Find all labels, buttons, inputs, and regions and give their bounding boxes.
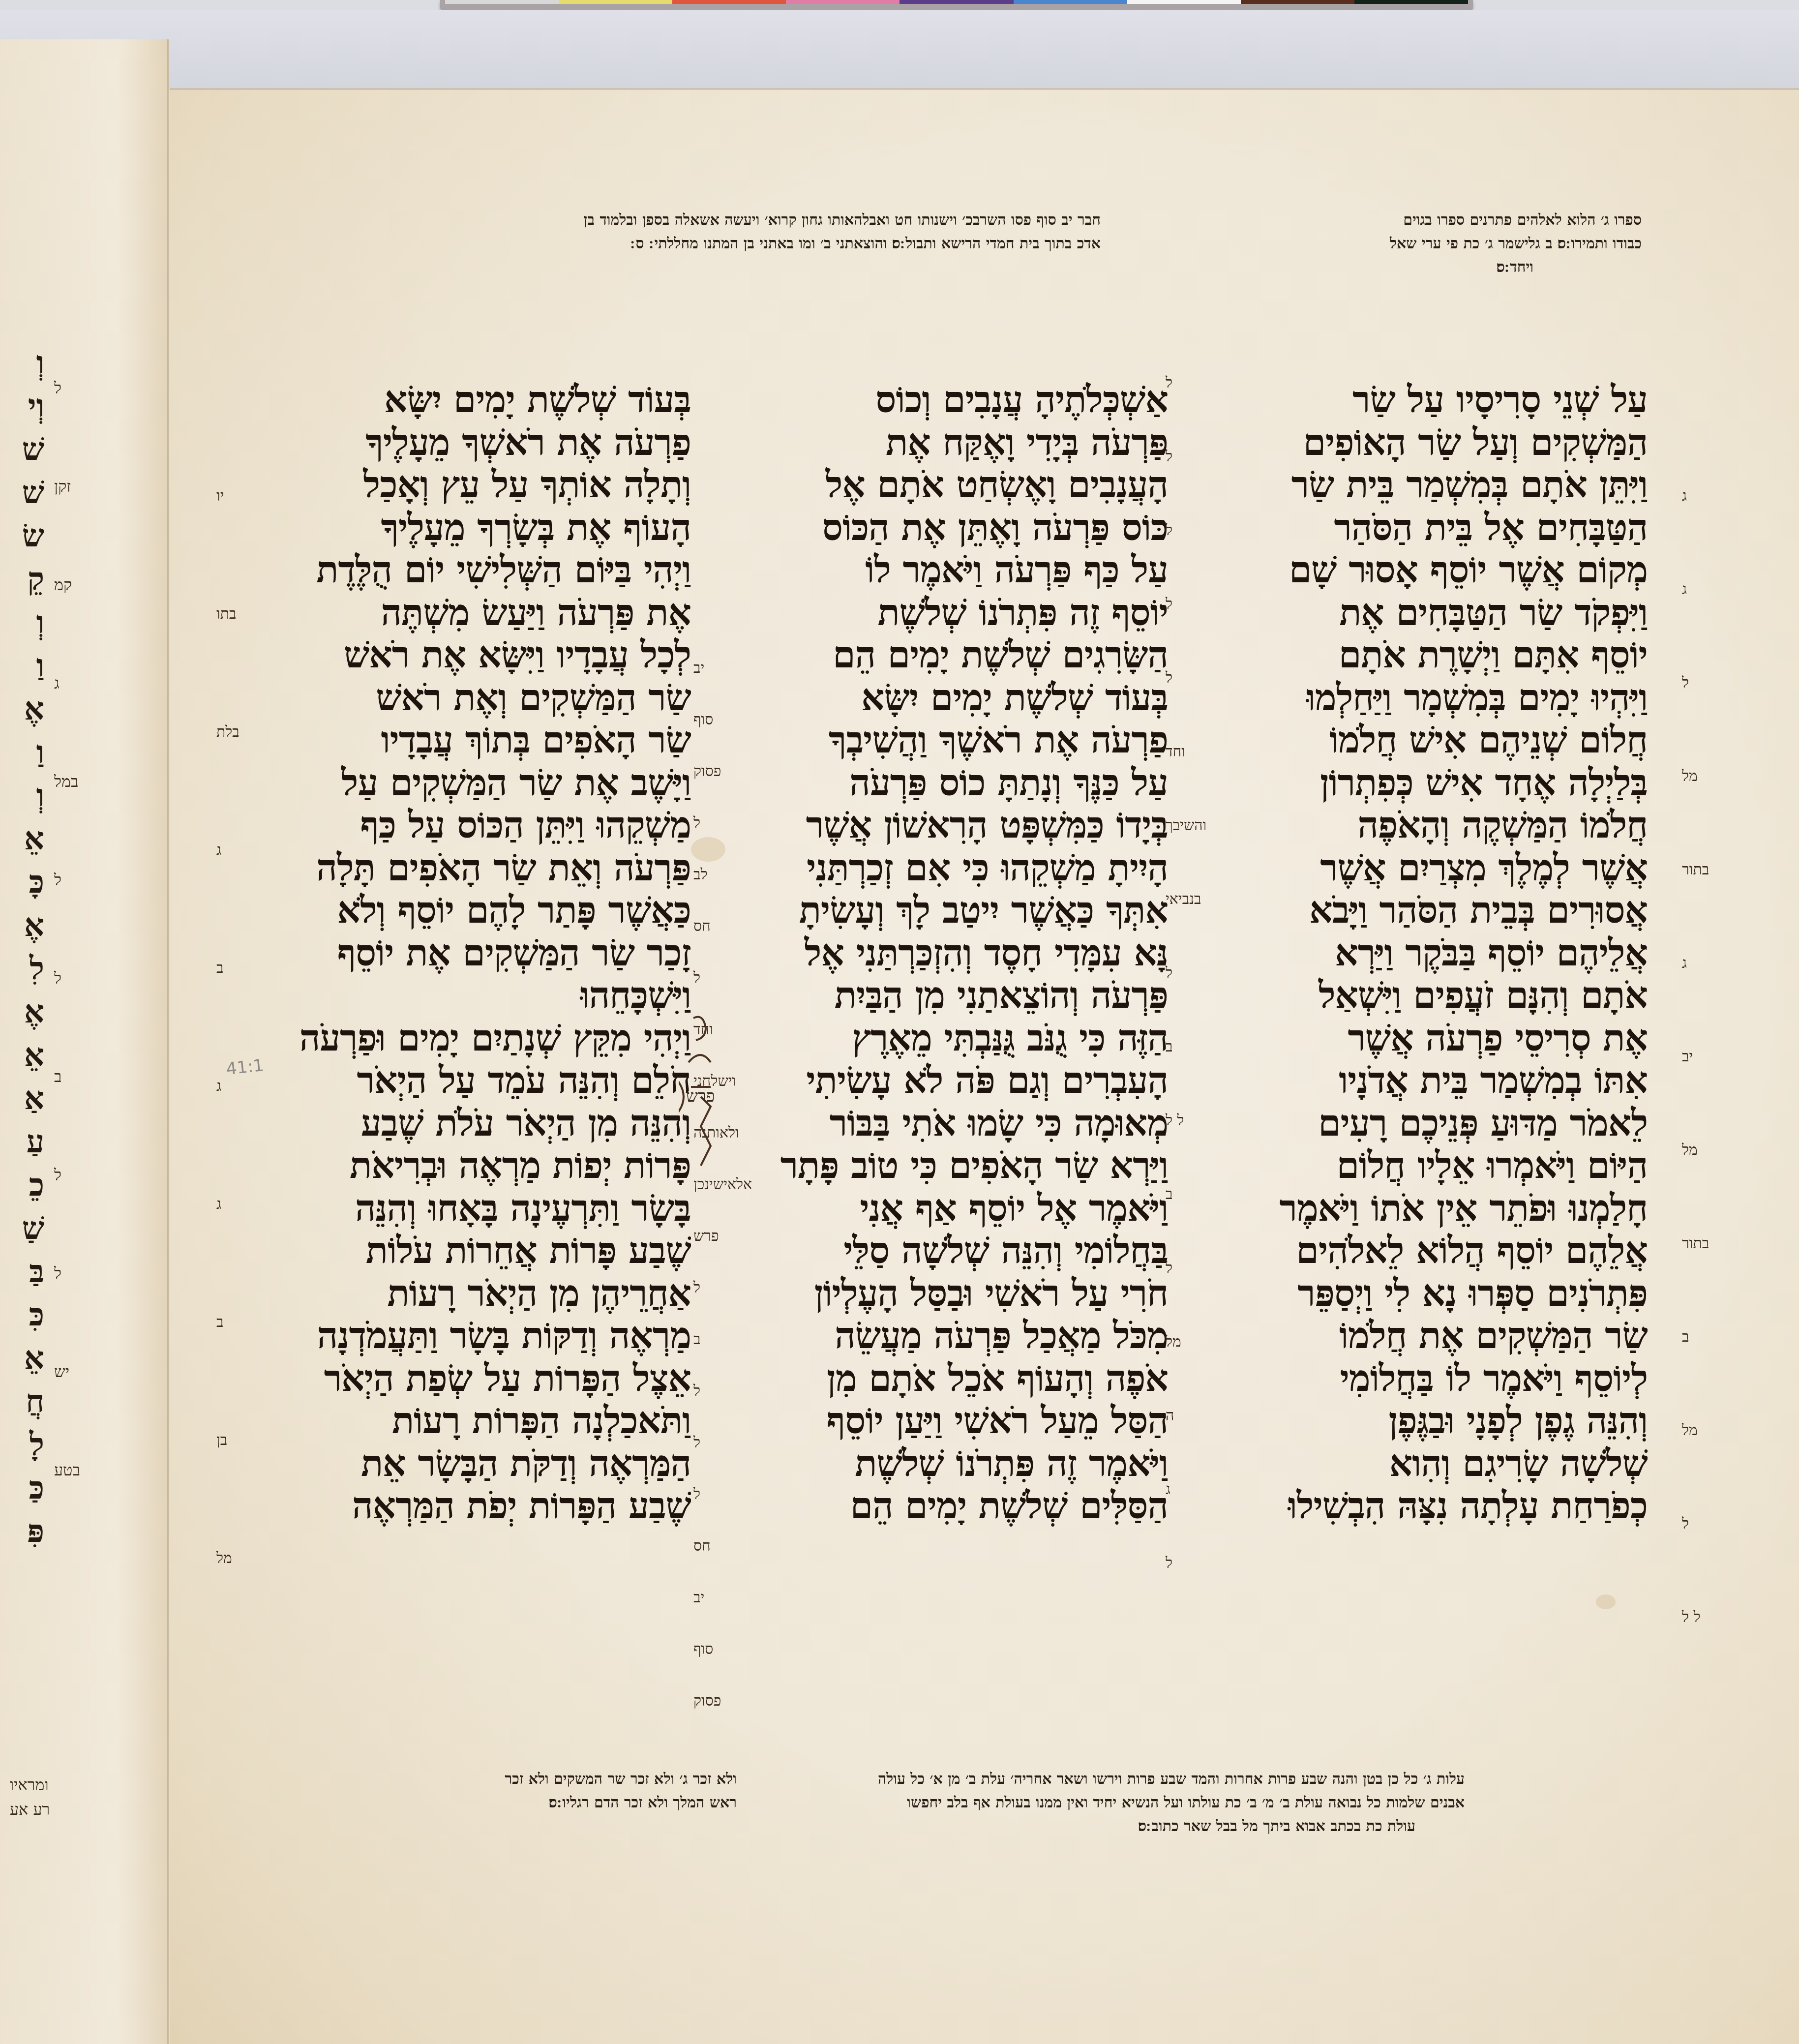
left-page-margin-note: ל	[54, 1166, 61, 1184]
text-line: בְּעוֹד שְׁלֹשֶׁת יָמִים יִשָּׂא	[745, 677, 1168, 720]
left-page-text-fragment: וְי	[0, 388, 44, 424]
masora-parva-note: בתו	[216, 605, 236, 624]
masora-parva-note: ג	[1682, 487, 1687, 506]
text-line: שֶׁבַע הַפָּרוֹת יְפֹת הַמַּרְאֶה	[268, 1485, 691, 1528]
left-page-text-fragment: לָ	[0, 1426, 44, 1463]
text-line: אֲלֵהֶם יוֹסֵף הֲלוֹא לֵאלֹהִים	[1225, 1230, 1648, 1272]
text-line: חֹרִי עַל רֹאשִׁי וּבַסַּל הָעֶלְיוֹן	[745, 1272, 1168, 1315]
color-swatch	[1241, 0, 1354, 4]
text-line: אַשְׁכְּלֹתֶיהָ עֲנָבִים וְכוֹס	[745, 379, 1168, 421]
text-line: וַיְהִי מִקֵּץ שְׁנָתַיִם יָמִים וּפַרְע…	[268, 1017, 691, 1060]
text-line: חֲלֹמוֹ הַמַּשְׁקֶה וְהָאֹפֶה	[1225, 804, 1648, 847]
text-line: וַיֹּאמֶר אֶל יוֹסֵף אַף אֲנִי	[745, 1187, 1168, 1230]
masora-parva-note: לב	[693, 866, 708, 884]
text-line: מַרְאֶה וְדַקּוֹת בָּשָׂר וַתַּעֲמֹדְנָה	[268, 1315, 691, 1357]
text-line: אֲשֶׁר לְמֶלֶךְ מִצְרַיִם אֲשֶׁר	[1225, 847, 1648, 890]
text-line: אֲסוּרִים בְּבֵית הַסֹּהַר וַיָּבֹא	[1225, 889, 1648, 932]
text-line: בְּלַיְלָה אֶחָד אִישׁ כְּפִתְרוֹן	[1225, 762, 1648, 805]
left-page-text-fragment: לִ	[0, 950, 44, 987]
left-page-margin-note: ל	[54, 871, 61, 889]
text-line: בַּחֲלוֹמִי וְהִנֵּה שְׁלֹשָׁה סַלֵּי	[745, 1230, 1168, 1272]
left-page-text-fragment: שׁ	[0, 431, 44, 468]
masora-parva-note: סוף	[693, 1640, 713, 1659]
masora-parva-note: ל	[693, 1382, 700, 1401]
masora-parva-note: סוף	[693, 711, 713, 729]
text-line: לְכָל עֲבָדָיו וַיִּשָּׂא אֶת רֹאשׁ	[268, 634, 691, 677]
masora-parva-note: יב	[693, 1589, 704, 1607]
left-page-text-fragment: אֵ	[0, 1037, 44, 1074]
masora-parva-note: פסוק	[693, 1692, 721, 1711]
text-line: הַמַּשְׁקִים וְעַל שַׂר הָאוֹפִים	[1225, 421, 1648, 464]
text-line: הָעוֹף אֶת בְּשָׂרְךָ מֵעָלֶיךָ	[268, 507, 691, 549]
pencil-verse-annotation: 41:1	[225, 1055, 265, 1079]
text-line: הָיִיתָ מַשְׁקֵהוּ כִּי אִם זְכַרְתַּנִי	[745, 847, 1168, 890]
color-swatch	[786, 0, 899, 4]
color-swatch	[559, 0, 672, 4]
left-page-text-fragment: שַׁ	[0, 1210, 44, 1247]
photo-backdrop	[0, 10, 1799, 89]
masora-parva-note: ל	[1682, 1515, 1689, 1533]
text-line: בָּשָׂר וַתִּרְעֶינָה בָּאָחוּ וְהִנֵּה	[268, 1187, 691, 1230]
text-line: הַיּוֹם וַיֹּאמְרוּ אֵלָיו חֲלוֹם	[1225, 1144, 1648, 1187]
text-line: אֵצֶל הַפָּרוֹת עַל שְׂפַת הַיְאֹר	[268, 1357, 691, 1400]
color-swatch	[1127, 0, 1241, 4]
text-line: וַיְהִי בַּיּוֹם הַשְּׁלִישִׁי יוֹם הֻלֶ…	[268, 549, 691, 592]
masora-parva-note: ל ל	[1682, 1608, 1701, 1627]
masora-magna-top-right-line: ספרו ג׳ הלוא לאלהים פתרנים ספרו בגוים	[1403, 211, 1642, 229]
text-line: וַיֹּאמֶר זֶה פִּתְרֹנוֹ שְׁלֹשֶׁת	[745, 1443, 1168, 1485]
left-page-text-fragment: וַ	[0, 647, 44, 684]
masora-parva-note: חס	[693, 1537, 711, 1556]
left-page-bottom-note: רע אע	[10, 1800, 50, 1819]
text-line: מְאוּמָה כִּי שָׂמוּ אֹתִי בַּבּוֹר	[745, 1102, 1168, 1145]
text-line: אִתּוֹ בְמִשְׁמַר בֵּית אֲדֹנָיו	[1225, 1059, 1648, 1102]
masora-magna-bottom-right-line: עולת כת בכתב אבוא ביתך מל בבל שאר כתוב ׃…	[1138, 1818, 1415, 1835]
masora-parva-note: מל	[1682, 1141, 1698, 1160]
masora-parva-note: ל	[693, 1279, 700, 1297]
text-line: וַיִּתֵּן אֹתָם בְּמִשְׁמַר בֵּית שַׂר	[1225, 464, 1648, 507]
color-swatch	[672, 0, 786, 4]
text-line: נָּא עִמָּדִי חָסֶד וְהִזְכַּרְתַּנִי אֶ…	[745, 932, 1168, 975]
text-line: מִכֹּל מַאֲכַל פַּרְעֹה מַעֲשֵׂה	[745, 1315, 1168, 1357]
masora-parva-note: ל ל	[1166, 1112, 1184, 1130]
left-page-margin-note: ב	[54, 1067, 61, 1086]
masora-parva-note: והשיבך	[1166, 816, 1206, 835]
masora-magna-bottom-left-line: ולא זכר ג׳ ולא זכר שר המשקים ולא זכר	[505, 1771, 737, 1788]
left-page-margin-note: זקן	[54, 477, 71, 496]
masora-parva-note: מל	[1166, 1333, 1181, 1352]
text-line: עַל שְׁנֵי סָרִיסָיו עַל שַׂר	[1225, 379, 1648, 421]
left-page-margin-note: במל	[54, 772, 78, 791]
text-line: הָעִבְרִים וְגַם פֹּה לֹא עָשִׂיתִי	[745, 1059, 1168, 1102]
text-line: עַל כַּף פַּרְעֹה וַיֹּאמֶר לוֹ	[745, 549, 1168, 592]
text-line: לְיוֹסֵף וַיֹּאמֶר לוֹ בַּחֲלוֹמִי	[1225, 1357, 1648, 1400]
masora-parva-note: ב	[1166, 1185, 1172, 1204]
text-line: מַשְׁקֵהוּ וַיִּתֵּן הַכּוֹס עַל כַּף	[268, 804, 691, 847]
text-line: שְׁלֹשָׁה שָׂרִיגִם וְהִוא	[1225, 1443, 1648, 1485]
parashah-marker: פרש	[686, 1087, 715, 1106]
masora-parva-note: פרש	[693, 1227, 719, 1246]
left-page-margin-note: ל	[54, 379, 61, 397]
masora-parva-note: ל	[693, 969, 700, 988]
masora-parva-note: וחד	[1166, 743, 1185, 761]
text-line: כַּאֲשֶׁר פָּתַר לָהֶם יוֹסֵף וְלֹא	[268, 889, 691, 932]
masora-parva-note: מל	[216, 1549, 232, 1568]
left-page-text-fragment: אֶ	[0, 907, 44, 944]
text-line: זָכַר שַׂר הַמַּשְׁקִים אֶת יוֹסֵף	[268, 932, 691, 975]
masora-parva-note: בן	[216, 1431, 227, 1450]
masora-parva-note: חס	[693, 917, 711, 936]
masora-parva-note: ל	[1166, 1259, 1172, 1278]
left-page-text-fragment: שׂ	[0, 517, 44, 554]
text-line: הָעֲנָבִים וָאֶשְׂחַט אֹתָם אֶל	[745, 464, 1168, 507]
left-page-text-fragment: אֵ	[0, 1340, 44, 1377]
text-line: שַׂר הַמַּשְׁקִים אֶת חֲלֹמוֹ	[1225, 1315, 1648, 1357]
text-line: הַטַּבָּחִים אֶל בֵּית הַסֹּהַר	[1225, 507, 1648, 549]
masora-parva-note: ל	[1166, 521, 1172, 540]
masora-magna-top-left-line: חבר יב סוף פסו השרבכ׳ וישנותו חט ואבלהאו…	[584, 211, 1101, 229]
text-line: חֲלוֹם שְׁנֵיהֶם אִישׁ חֲלֹמוֹ	[1225, 719, 1648, 762]
masora-parva-note: ל	[1166, 964, 1172, 983]
masora-parva-note: ל	[1166, 1554, 1172, 1573]
text-line: יוֹסֵף זֶה פִּתְרֹנוֹ שְׁלֹשֶׁת	[745, 592, 1168, 634]
text-line: וַיִּשְׁכָּחֵהוּ	[268, 974, 691, 1017]
masora-parva-note: מל	[1682, 767, 1698, 786]
text-line: יוֹסֵף אִתָּם וַיְשָׁרֶת אֹתָם	[1225, 634, 1648, 677]
masora-parva-note: ל	[1166, 374, 1172, 392]
left-page-margin-note: יש	[54, 1362, 69, 1381]
text-line: שֶׁבַע פָּרוֹת אֲחֵרוֹת עֹלוֹת	[268, 1230, 691, 1272]
color-calibration-bar	[440, 0, 1473, 10]
masora-parva-note: ל	[1166, 595, 1172, 614]
left-page-text-fragment: אֶ	[0, 993, 44, 1030]
masora-magna-bottom-right-line: אבנים שלמות כל נבואה עולת ב׳ מ׳ ב׳ כת עו…	[907, 1794, 1465, 1811]
left-page-text-fragment: כַּ	[0, 1470, 44, 1506]
text-line: כּוֹס פַּרְעֹה וָאֶתֵּן אֶת הַכּוֹס	[745, 507, 1168, 549]
text-line: עַל כַּנֶּךָ וְנָתַתָּ כוֹס פַּרְעֹה	[745, 762, 1168, 805]
text-line: פִּתְרֹנִים סַפְּרוּ נָא לִי וַיְסַפֵּר	[1225, 1272, 1648, 1315]
text-line: וְהִנֵּה מִן הַיְאֹר עֹלֹת שֶׁבַע	[268, 1102, 691, 1145]
masora-parva-note: ב	[216, 959, 223, 978]
stain	[691, 837, 725, 862]
masora-parva-note: בלת	[216, 723, 240, 742]
left-page-text-fragment: בַּ	[0, 1253, 44, 1290]
text-line: אַחֲרֵיהֶן מִן הַיְאֹר רָעוֹת	[268, 1272, 691, 1315]
left-page-text-fragment: אַ	[0, 1080, 44, 1117]
masora-parva-note: ג	[216, 1077, 221, 1096]
text-column-left: בְּעוֹד שְׁלֹשֶׁת יָמִים יִשָּׂאפַרְעֹה …	[268, 379, 691, 1528]
left-page-text-fragment: וְ	[0, 604, 44, 641]
left-page-text-fragment: קֵ	[0, 561, 44, 598]
text-line: וַיִּהְיוּ יָמִים בְּמִשְׁמָר וַיַּחַלְמ…	[1225, 677, 1648, 720]
text-line: חָלַמְנוּ וּפֹתֵר אֵין אֹתוֹ וַיֹּאמֶר	[1225, 1187, 1648, 1230]
masora-magna-bottom-right-line: עלות ג׳ כל כן בטן והנה שבע פרות אחרות וה…	[878, 1771, 1465, 1788]
left-page-text-fragment: חֲ	[0, 1383, 44, 1420]
left-page-text-fragment: שׁ	[0, 474, 44, 511]
masora-parva-note: ג	[216, 1195, 221, 1214]
text-line: בְּעוֹד שְׁלֹשֶׁת יָמִים יִשָּׂא	[268, 379, 691, 421]
left-page-text-fragment: אֶ	[0, 691, 44, 727]
left-page-text-fragment: וַ	[0, 734, 44, 771]
masora-parva-note: ג	[216, 841, 221, 860]
text-line: פַרְעֹה אֶת רֹאשְׁךָ מֵעָלֶיךָ	[268, 421, 691, 464]
text-line: הַמַּרְאֶה וְדַקֹּת הַבָּשָׂר אֵת	[268, 1443, 691, 1485]
text-line: וְהִנֵּה גֶפֶן לְפָנָי וּבַגֶּפֶן	[1225, 1400, 1648, 1443]
text-line: הַשָּׂרִגִים שְׁלֹשֶׁת יָמִים הֵם	[745, 634, 1168, 677]
color-swatch	[899, 0, 1013, 4]
left-page-text-fragment: וְ	[0, 777, 44, 814]
text-line: הַזֶּה כִּי גֻנֹּב גֻּנַּבְתִּי מֵאֶרֶץ	[745, 1017, 1168, 1060]
masora-magna-top-right-line: כבודו ותמירו ׃ס׃ ב גלישמר ג׳ כת פי ערי ש…	[1390, 235, 1642, 252]
text-line: וַיַּרְא שַׂר הָאֹפִים כִּי טוֹב פָּתָר	[745, 1144, 1168, 1187]
color-swatch	[445, 0, 559, 4]
text-column-right: עַל שְׁנֵי סָרִיסָיו עַל שַׂרהַמַּשְׁקִי…	[1225, 379, 1648, 1528]
left-page-text-fragment: אֵ	[0, 820, 44, 857]
text-line: מְקוֹם אֲשֶׁר יוֹסֵף אָסוּר שָׁם	[1225, 549, 1648, 592]
text-line: כְפֹרַחַת עָלְתָה נִצָּהּ הִבְשִׁילוּ	[1225, 1485, 1648, 1528]
text-line: וַיָּשֶׁב אֶת שַׂר הַמַּשְׁקִים עַל	[268, 762, 691, 805]
masora-parva-note: ל	[1682, 674, 1689, 692]
masora-parva-note: ב	[1682, 1328, 1689, 1347]
text-line: פַּרְעֹה בְּיָדִי וָאֶקַּח אֶת	[745, 421, 1168, 464]
masora-parva-note: בתור	[1682, 1234, 1709, 1253]
text-line: בְּיָדוֹ כַּמִּשְׁפָּט הָרִאשׁוֹן אֲשֶׁר	[745, 804, 1168, 847]
masora-parva-note: ל	[1166, 669, 1172, 688]
stain	[1596, 1594, 1616, 1609]
left-page-margin-note: ג	[54, 674, 60, 692]
text-line: שַׂר הָאֹפִים בְּתוֹךְ עֲבָדָיו	[268, 719, 691, 762]
text-line: הַסַּל מֵעַל רֹאשִׁי וַיַּעַן יוֹסֵף	[745, 1400, 1168, 1443]
masora-parva-note: ל	[693, 814, 700, 833]
masora-parva-note: ב	[693, 1330, 700, 1349]
masora-parva-note: יו	[216, 487, 224, 506]
text-line: אֹתָם וְהִנָּם זֹעֲפִים וַיִּשְׁאַל	[1225, 974, 1648, 1017]
text-line: פַּרְעֹה וְאֵת שַׂר הָאֹפִים תָּלָה	[268, 847, 691, 890]
masora-parva-note: ל	[693, 1485, 700, 1504]
left-page-text-fragment: כָּ	[0, 864, 44, 901]
left-page-text-fragment: פִּ	[0, 1513, 44, 1550]
text-column-middle: אַשְׁכְּלֹתֶיהָ עֲנָבִים וְכוֹספַּרְעֹה …	[745, 379, 1168, 1528]
masora-magna-top-right-line: ויחד ׃ס׃	[1497, 259, 1533, 276]
masora-magna-top-left-line: אדכ בתוך בית חמדי הרישא ותבול ׃ס׃ והוצאת…	[630, 235, 1101, 252]
text-line: וַיִּפְקֹד שַׂר הַטַּבָּחִים אֶת	[1225, 592, 1648, 634]
text-line: חֹלֵם וְהִנֵּה עֹמֵד עַל הַיְאֹר	[268, 1059, 691, 1102]
text-line: אֶת סְרִיסֵי פַרְעֹה אֲשֶׁר	[1225, 1017, 1648, 1060]
masora-parva-note: יב	[1682, 1048, 1693, 1066]
masora-parva-note: בנביאי	[1166, 890, 1201, 909]
text-line: אֶת פַּרְעֹה וַיַּעַשׂ מִשְׁתֶּה	[268, 592, 691, 634]
text-line: פַרְעֹה אֶת רֹאשֶׁךָ וַהֲשִׁיבְךָ	[745, 719, 1168, 762]
left-page-margin-note: ל	[54, 969, 61, 988]
text-line: אֲלֵיהֶם יוֹסֵף בַּבֹּקֶר וַיַּרְא	[1225, 932, 1648, 975]
left-page-margin-note: קמ	[54, 575, 72, 594]
left-page-text-fragment: עַ	[0, 1123, 44, 1160]
masora-parva-note: מל	[1682, 1421, 1698, 1440]
text-line: פַּרְעֹה וְהוֹצֵאתַנִי מִן הַבַּיִת	[745, 974, 1168, 1017]
left-page-bottom-note: ומראיו	[10, 1775, 49, 1794]
masora-parva-note: ג	[1682, 580, 1687, 599]
masora-parva-note: ג	[1166, 1480, 1170, 1499]
text-line: וְתָלָה אוֹתְךָ עַל עֵץ וְאָכַל	[268, 464, 691, 507]
masora-parva-note: ל	[1166, 448, 1172, 466]
text-line: לֵאמֹר מַדּוּעַ פְּנֵיכֶם רָעִים	[1225, 1102, 1648, 1145]
masora-parva-note: פסוק	[693, 762, 721, 781]
masora-parva-note: ב	[216, 1313, 223, 1332]
text-line: אֹפֶה וְהָעוֹף אֹכֵל אֹתָם מִן	[745, 1357, 1168, 1400]
masora-parva-note: יב	[693, 659, 704, 678]
left-page-margin-note: בטע	[54, 1461, 80, 1479]
masora-parva-note: ג	[1682, 954, 1687, 973]
text-line: פָּרוֹת יְפוֹת מַרְאֶה וּבְרִיאֹת	[268, 1144, 691, 1187]
left-page-edge: וְוְישׁשׁשׂקֵוְוַאֶוַוְאֵכָּאֶלִאֶאֵאַעַ…	[0, 39, 169, 2044]
masora-parva-note: בתור	[1682, 861, 1709, 879]
masora-magna-bottom-left-line: ראש המלך ולא זכר הדם רגליו ׃ס׃	[549, 1794, 737, 1811]
text-line: שַׂר הַמַּשְׁקִים וְאֶת רֹאשׁ	[268, 677, 691, 720]
left-page-text-fragment: וְ	[0, 344, 44, 381]
masora-parva-note: ה	[1166, 1407, 1174, 1425]
text-line: אִתְּךָ כַּאֲשֶׁר יִיטַב לָךְ וְעָשִׂיתָ	[745, 889, 1168, 932]
color-swatch	[1014, 0, 1127, 4]
color-swatch	[1354, 0, 1468, 4]
masora-parva-note: ב	[1166, 1038, 1172, 1056]
left-page-text-fragment: כִּ	[0, 1296, 44, 1333]
text-line: וַתֹּאכַלְנָה הַפָּרוֹת רָעוֹת	[268, 1400, 691, 1443]
text-line: הַסַּלִּים שְׁלֹשֶׁת יָמִים הֵם	[745, 1485, 1168, 1528]
left-page-text-fragment: כֵ	[0, 1167, 44, 1203]
left-page-margin-note: ל	[54, 1264, 61, 1283]
masora-parva-note: ל	[693, 1434, 700, 1452]
